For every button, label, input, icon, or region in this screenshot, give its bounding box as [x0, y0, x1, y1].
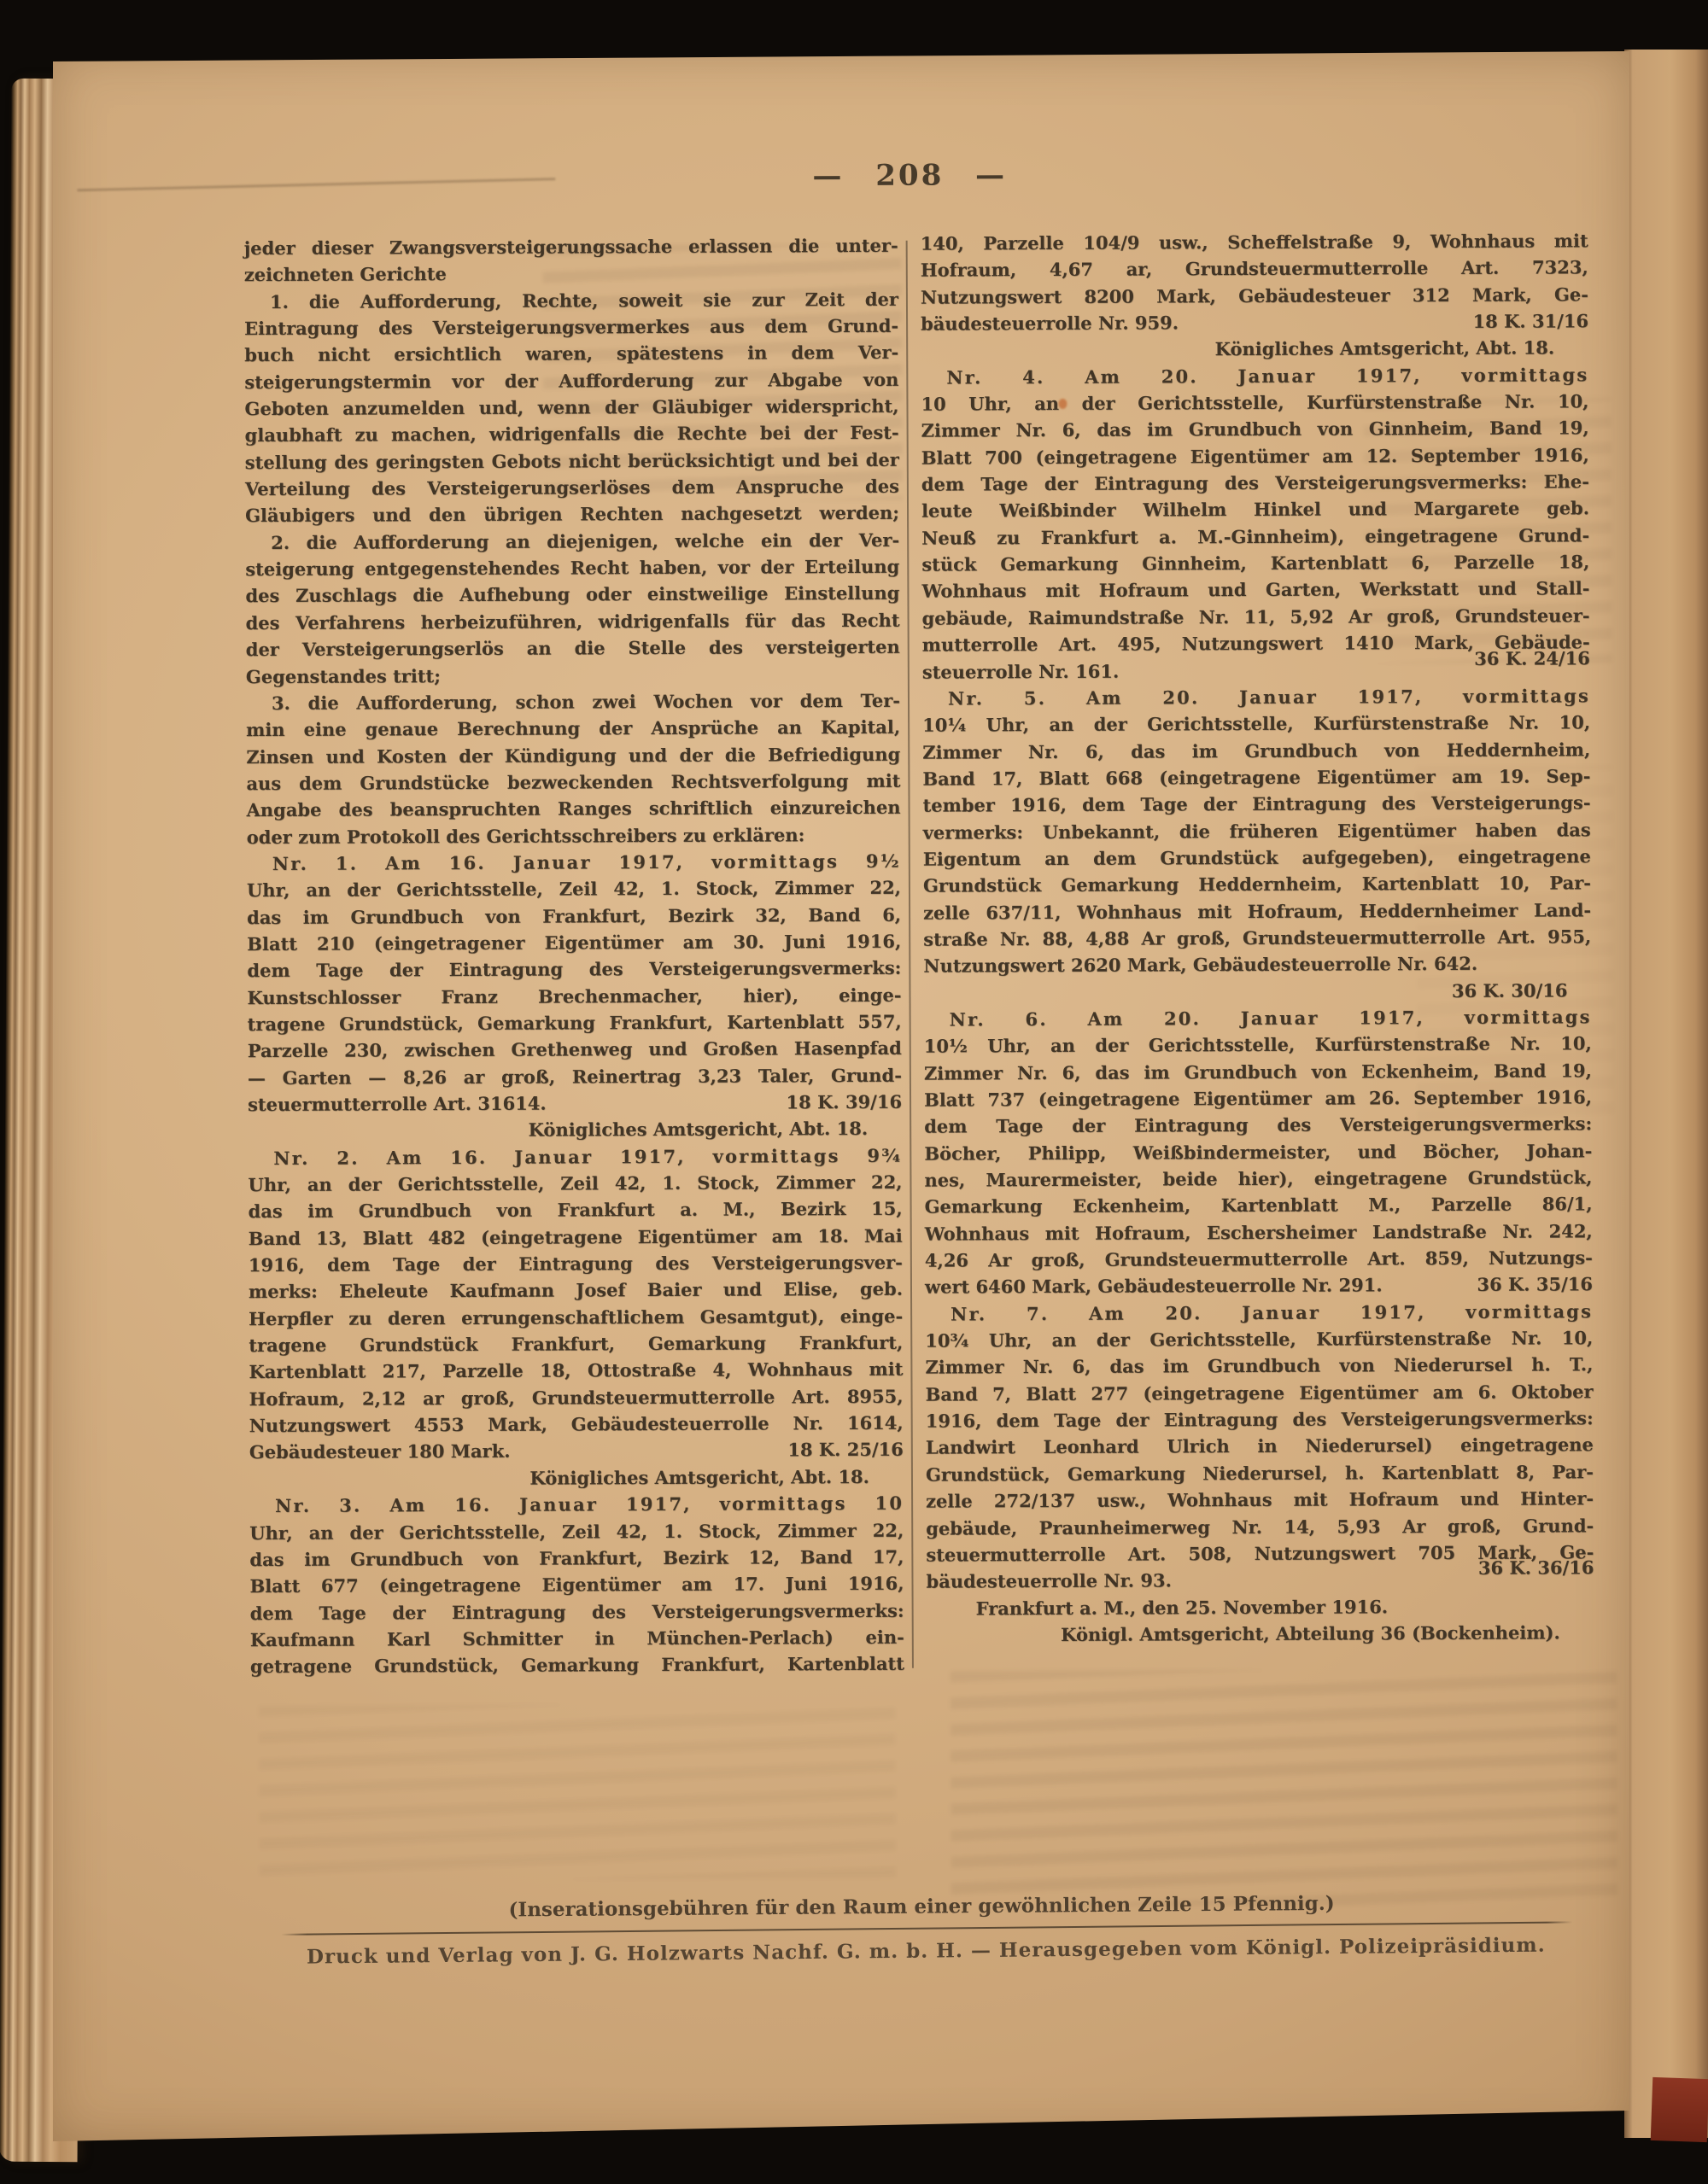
- text-line: gebäude, Praunheimerweg Nr. 14, 5,93 Ar …: [926, 1512, 1594, 1542]
- text-line: Zimmer Nr. 6, das im Grundbuch von Ginnh…: [921, 415, 1589, 445]
- text-line: das im Grundbuch von Frankfurt a. M., Be…: [249, 1195, 903, 1225]
- text-line: Blatt 210 (eingetragener Eigentümer am 3…: [247, 928, 901, 958]
- page-number: — 208 —: [747, 158, 1072, 194]
- text-line: dem Tage der Eintragung des Versteigerun…: [247, 955, 901, 984]
- text-line: Verteilung des Versteigerungserlöses dem…: [245, 473, 899, 503]
- case-reference: 36 K. 24/16: [1457, 645, 1590, 672]
- text-line: Wohnhaus mit Hofraum und Garten, Werksta…: [921, 575, 1589, 605]
- text-line: Hofraum, 4,67 ar, Grundsteuermutterrolle…: [921, 254, 1588, 284]
- text-line: nes, Maurermeister, beide hier), eingetr…: [924, 1164, 1592, 1194]
- text-line: Königl. Amtsgericht, Abteilung 36 (Bocke…: [927, 1619, 1594, 1649]
- text-line: das im Grundbuch von Frankfurt, Bezirk 3…: [247, 901, 901, 931]
- text-line: Landwirt Leonhard Ulrich in Niederursel)…: [926, 1432, 1594, 1462]
- text-line: Zinsen und Kosten der Kündigung und der …: [246, 740, 900, 770]
- text-line: 1. die Aufforderung, Rechte, soweit sie …: [244, 285, 898, 315]
- text-line: 3. die Aufforderung, schon zwei Wochen v…: [246, 687, 900, 717]
- text-line: Eintragung des Versteigerungsvermerkes a…: [244, 312, 898, 342]
- text-line: Band 7, Blatt 277 (eingetragene Eigentüm…: [925, 1378, 1593, 1408]
- text-line: Nr. 4. Am 20. Januar 1917, vormittags: [921, 361, 1588, 391]
- text-line: des Verfahrens herbeizuführen, widrigenf…: [246, 607, 900, 637]
- text-line: Gemarkung Eckenheim, Kartenblatt M., Par…: [925, 1191, 1593, 1221]
- ink-showthrough: [259, 1703, 896, 1881]
- text-line: jeder dieser Zwangsversteigerungssache e…: [244, 232, 898, 262]
- text-line: der Versteigerungserlös an die Stelle de…: [246, 634, 900, 663]
- case-reference: 18 K. 39/16: [769, 1089, 902, 1116]
- ink-showthrough: [951, 1668, 1617, 1907]
- text-line: 1916, dem Tage der Eintragung des Verste…: [926, 1404, 1594, 1434]
- text-line: Hofraum, 2,12 ar groß, Grundsteuermutter…: [249, 1383, 903, 1413]
- text-line: Uhr, an der Gerichtsstelle, Zeil 42, 1. …: [249, 1516, 904, 1546]
- text-line: Königliches Amtsgericht, Abt. 18.: [921, 335, 1588, 365]
- text-line: tember 1916, dem Tage der Eintragung des…: [922, 789, 1590, 819]
- text-line: Uhr, an der Gerichtsstelle, Zeil 42, 1. …: [248, 1169, 902, 1199]
- text-line: zelle 637/11, Wohnhaus mit Hofraum, Hedd…: [923, 896, 1591, 926]
- text-line: Nutzungswert 4553 Mark, Gebäudesteuerrol…: [249, 1410, 904, 1439]
- text-line: Kaufmann Karl Schmitter in München-Perla…: [250, 1624, 904, 1654]
- text-line: Nutzungswert 2620 Mark, Gebäudesteuerrol…: [923, 950, 1591, 980]
- text-line: Blatt 737 (eingetragene Eigentümer am 26…: [924, 1083, 1592, 1113]
- text-line: Gegenstandes tritt;: [246, 660, 900, 690]
- text-line: dem Tage der Eintragung des Versteigerun…: [924, 1111, 1592, 1141]
- text-line: getragene Grundstück, Gemarkung Frankfur…: [250, 1650, 904, 1680]
- text-line: Kartenblatt 217, Parzelle 18, Ottostraße…: [249, 1356, 903, 1386]
- text-line: 10¾ Uhr, an der Gerichtsstelle, Kurfürst…: [925, 1324, 1593, 1354]
- line-text: wert 6460 Mark, Gebäudesteuerrolle Nr. 2…: [925, 1272, 1383, 1301]
- text-column-right: 140, Parzelle 104/9 usw., Scheffelstraße…: [921, 227, 1594, 1649]
- text-line: oder zum Protokoll des Gerichtsschreiber…: [247, 820, 901, 850]
- text-line: Nr. 1. Am 16. Januar 1917, vormittags 9½: [247, 848, 901, 878]
- text-column-left: jeder dieser Zwangsversteigerungssache e…: [244, 232, 904, 1680]
- text-line: Zimmer Nr. 6, das im Grundbuch von Ecken…: [924, 1057, 1592, 1087]
- text-line: 10½ Uhr, an der Gerichtsstelle, Kurfürst…: [924, 1031, 1592, 1060]
- page-content: — 208 — jeder dieser Zwangsversteigerung…: [0, 0, 1708, 2184]
- text-line: Wohnhaus mit Hofraum, Eschersheimer Land…: [925, 1218, 1593, 1247]
- text-line: steigerung entgegenstehendes Recht haben…: [245, 553, 899, 583]
- text-line: dem Tage der Eintragung des Versteigerun…: [250, 1597, 904, 1626]
- column-divider-rule: [906, 241, 914, 1668]
- text-line: Blatt 677 (eingetragene Eigentümer am 17…: [249, 1570, 904, 1600]
- paper-crease: [77, 178, 555, 191]
- text-line: aus dem Grundstücke bezweckenden Rechtsv…: [246, 768, 900, 797]
- text-line: Nr. 2. Am 16. Januar 1917, vormittags 9¾: [248, 1142, 902, 1171]
- text-line: tragene Grundstück Frankfurt, Gemarkung …: [249, 1329, 903, 1359]
- text-line: Nr. 3. Am 16. Januar 1917, vormittags 10: [249, 1490, 904, 1520]
- text-line: Uhr, an der Gerichtsstelle, Zeil 42, 1. …: [247, 874, 901, 904]
- text-line: 2. die Aufforderung an diejenigen, welch…: [245, 527, 899, 557]
- text-line: Nutzungswert 8200 Mark, Gebäudesteuer 31…: [921, 281, 1588, 311]
- text-line: zeichneten Gerichte: [244, 259, 898, 289]
- text-line: 36 K. 30/16: [923, 977, 1591, 1007]
- text-line: leute Weißbinder Wilhelm Hinkel und Marg…: [921, 495, 1589, 525]
- text-line: Parzelle 230, zwischen Grethenweg und Gr…: [248, 1035, 902, 1065]
- text-line: buch nicht ersichtlich waren, spätestens…: [244, 339, 898, 369]
- line-text: Gebäudesteuer 180 Mark.: [249, 1438, 511, 1466]
- text-line: steuermutterrolle Art. 31614.18 K. 39/16: [248, 1089, 902, 1118]
- text-line: Herpfler zu deren errungenschaftlichem G…: [249, 1303, 903, 1333]
- text-line: Eigentum an dem Grundstück aufgegeben), …: [923, 843, 1591, 873]
- scanned-book-page: — 208 — jeder dieser Zwangsversteigerung…: [0, 0, 1708, 2184]
- text-line: des Zuschlags die Aufhebung oder einstwe…: [245, 580, 899, 610]
- text-line: Frankfurt a. M., den 25. November 1916.: [927, 1592, 1594, 1622]
- text-line: Nr. 5. Am 20. Januar 1917, vormittags: [922, 682, 1590, 712]
- text-line: Grundstück Gemarkung Heddernheim, Karten…: [923, 869, 1591, 899]
- text-line: Zimmer Nr. 6, das im Grundbuch von Hedde…: [922, 736, 1590, 766]
- text-line: stück Gemarkung Ginnheim, Kartenblatt 6,…: [921, 548, 1589, 578]
- text-line: steigerungstermin vor der Aufforderung z…: [244, 365, 898, 395]
- text-line: zelle 272/137 usw., Wohnhaus mit Hofraum…: [926, 1485, 1594, 1515]
- text-line: Nr. 7. Am 20. Januar 1917, vormittags: [925, 1298, 1593, 1328]
- text-line: Band 17, Blatt 668 (eingetragene Eigentü…: [922, 762, 1590, 792]
- line-text: bäudesteuerrolle Nr. 959.: [921, 309, 1179, 337]
- text-line: Zimmer Nr. 6, das im Grundbuch von Niede…: [925, 1352, 1593, 1381]
- fee-notice: (Inserationsgebühren für den Raum einer …: [469, 1892, 1374, 1922]
- text-line: das im Grundbuch von Frankfurt, Bezirk 1…: [249, 1544, 904, 1574]
- text-line: Neuß zu Frankfurt a. M.-Ginnheim), einge…: [921, 522, 1589, 552]
- text-line: glaubhaft zu machen, widrigenfalls die R…: [245, 419, 899, 449]
- line-text: steuerrolle Nr. 161.: [922, 657, 1120, 685]
- text-line: Grundstück, Gemarkung Niederursel, h. Ka…: [926, 1458, 1594, 1488]
- text-line: tragene Grundstück, Gemarkung Frankfurt,…: [248, 1008, 902, 1038]
- text-line: 140, Parzelle 104/9 usw., Scheffelstraße…: [921, 227, 1588, 257]
- case-reference: 18 K. 25/16: [770, 1436, 904, 1463]
- text-line: bäudesteuerrolle Nr. 959.18 K. 31/16: [921, 307, 1588, 337]
- line-text: bäudesteuerrolle Nr. 93.: [926, 1568, 1172, 1596]
- text-line: Band 13, Blatt 482 (eingetragene Eigentü…: [249, 1222, 903, 1252]
- text-line: 10¼ Uhr, an der Gerichtsstelle, Kurfürst…: [922, 709, 1590, 739]
- text-line: dem Tage der Eintragung des Versteigerun…: [921, 468, 1589, 498]
- text-line: wert 6460 Mark, Gebäudesteuerrolle Nr. 2…: [925, 1271, 1593, 1301]
- footer-rule: [281, 1921, 1572, 1936]
- text-line: gebäude, Raimundstraße Nr. 11, 5,92 Ar g…: [922, 602, 1590, 632]
- text-line: Gebäudesteuer 180 Mark.18 K. 25/16: [249, 1436, 904, 1466]
- case-reference: 36 K. 35/16: [1459, 1271, 1593, 1299]
- text-line: Nr. 6. Am 20. Januar 1917, vormittags: [924, 1003, 1592, 1033]
- text-line: straße Nr. 88, 4,88 Ar groß, Grundsteuer…: [923, 923, 1591, 953]
- case-reference: 36 K. 36/16: [1461, 1554, 1594, 1581]
- text-line: stellung des geringsten Gebots nicht ber…: [245, 447, 899, 476]
- text-line: merks: Eheleute Kaufmann Josef Baier und…: [249, 1276, 903, 1305]
- text-line: Geboten anzumelden und, wenn der Gläubig…: [244, 393, 898, 423]
- text-line: steuerrolle Nr. 161.36 K. 24/16: [922, 656, 1590, 686]
- line-text: steuermutterrolle Art. 31614.: [248, 1090, 547, 1118]
- text-line: Gläubigers und den übrigen Rechten nachg…: [245, 499, 899, 529]
- text-line: 1916, dem Tage der Eintragung des Verste…: [249, 1249, 903, 1279]
- case-reference: 18 K. 31/16: [1455, 307, 1588, 335]
- imprint-line: Druck und Verlag von J. G. Holzwarts Nac…: [278, 1933, 1573, 1969]
- text-line: 10 Uhr, an der Gerichtsstelle, Kurfürste…: [921, 388, 1588, 418]
- text-line: — Garten — 8,26 ar groß, Reinertrag 3,23…: [248, 1061, 902, 1091]
- text-line: Angabe des beanspruchten Ranges schriftl…: [246, 794, 900, 824]
- text-line: bäudesteuerrolle Nr. 93.36 K. 36/16: [926, 1565, 1594, 1595]
- text-line: vermerks: Unbekannt, die früheren Eigent…: [923, 816, 1591, 846]
- text-line: Böcher, Philipp, Weißbindermeister, und …: [924, 1137, 1592, 1167]
- text-line: min eine genaue Berechnung der Ansprüche…: [246, 714, 900, 744]
- text-line: Königliches Amtsgericht, Abt. 18.: [249, 1463, 904, 1493]
- text-line: Königliches Amtsgericht, Abt. 18.: [248, 1115, 902, 1145]
- text-line: Blatt 700 (eingetragene Eigentümer am 12…: [921, 441, 1589, 471]
- text-line: Kunstschlosser Franz Brechenmacher, hier…: [247, 981, 901, 1011]
- text-line: 4,26 Ar groß, Grundsteuermutterrolle Art…: [925, 1244, 1593, 1274]
